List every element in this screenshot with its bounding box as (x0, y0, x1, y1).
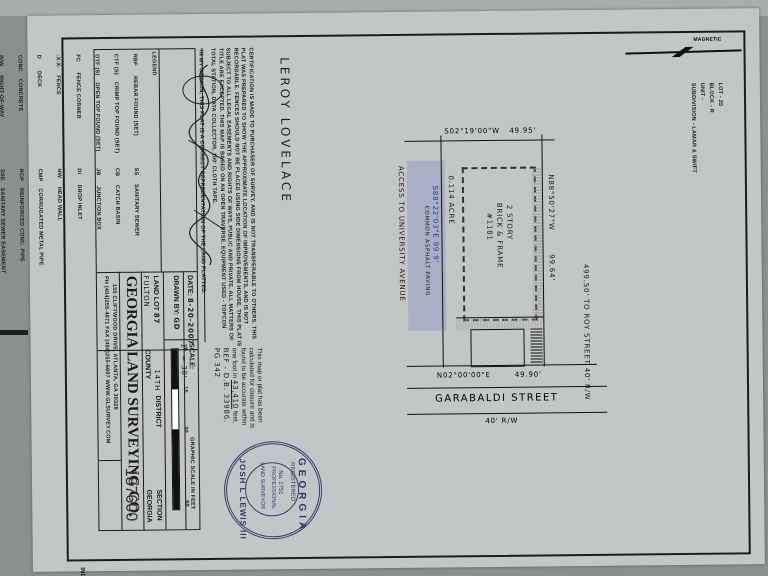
top-bearing: S02°19'00"W (444, 127, 500, 136)
legend-row: -X-X- FENCE (54, 54, 61, 153)
house-number: #1181 (485, 213, 493, 241)
left-bearing: S88°22'03"E 99.9' (431, 186, 440, 264)
roy-street-note: 499.50' TO ROY STREET 40' R/W (582, 264, 591, 401)
date-field: DATE: 8-20-2007 (186, 275, 195, 345)
legend-right-column: SS SANITARY SEWER CB CATCH BASIN JB JUNC… (0, 168, 153, 275)
drawn-by-field: DRAWN BY: GD (172, 275, 181, 330)
lot-number: LOT - 25 (715, 83, 725, 173)
land-lot-field: LAND LOT 87 (152, 275, 161, 324)
legend-row: OTF (S) OPEN TOP FOUND (SET) (93, 54, 100, 153)
subdivision: SUBDIVISION - LAMAR & SWIFT (688, 83, 698, 173)
surveyor-seal: GEORGIA REGISTERED No. 1751 PROFESSIONAL… (224, 441, 323, 540)
company-contact: PH (404)255-4671 FAX (404)255-6607 WWW.G… (103, 276, 111, 444)
street-row: 40' R/W (485, 417, 518, 425)
legend-row: R/W RIGHT-OF-WAY (0, 55, 4, 154)
closure-statement: This map or plat has been calculated for… (212, 347, 264, 436)
top-distance: 49.95' (509, 127, 536, 135)
district-value: 14TH (153, 369, 161, 391)
legend-row: CB CATCH BASIN (113, 168, 120, 272)
north-arrow-icon (623, 44, 743, 61)
county-label: COUNTY (144, 350, 151, 380)
table-edge (0, 330, 28, 335)
legend-row: JB JUNCTION BOX (94, 168, 101, 272)
county-value: FULTON (142, 276, 150, 308)
plat-border-frame: LEGEND RBF REBAR FOUND (SET) CTF (S) CRI… (61, 30, 750, 561)
house-construction: BRICK & FRAME (495, 203, 504, 268)
access-label: ACCESS TO UNIVERSITY AVENUE (397, 166, 406, 302)
lot-info: LOT - 25 BLOCK - R UNIT - SUBDIVISION - … (688, 83, 725, 173)
seal-number: No. 1751 (277, 470, 283, 494)
scale-field: SCALE: (188, 343, 195, 369)
street-name: GARABALDI STREET (435, 392, 558, 404)
legend-row: DI DROP INLET (75, 168, 82, 272)
index-mark: IND (79, 567, 85, 576)
legend-title: LEGEND (150, 51, 156, 75)
scale-tick-0: 0 (182, 346, 188, 349)
legend-row: RBF REBAR FOUND (SET) (131, 54, 138, 153)
seal-professional: PROFESSIONAL (270, 466, 276, 509)
seal-state: GEORGIA (296, 458, 308, 533)
plat-drawing: S02°19'00"W 49.95' N02°00'00"E 49.90' N8… (404, 124, 617, 376)
legend-row: D DECK (35, 55, 42, 154)
lot-area: 0.114 ACRE (447, 175, 456, 224)
state-value: GEORGIA (145, 490, 152, 523)
owner-name: LEROY LOVELACE (278, 57, 294, 204)
section-label: SECTION (155, 489, 162, 520)
legend-row: RCP REINFORCED CONC. PIPE (17, 169, 24, 273)
scale-tick-15: 15 (182, 386, 188, 393)
job-number: 187600 (121, 468, 140, 522)
legend-row: CTF (S) CRIMP TOP FOUND (SET) (112, 54, 119, 153)
company-address: 155 CLIFTWOOD DRIVE, ATLANTA, GA 30328 (111, 284, 118, 410)
surveyor-signature (178, 60, 240, 271)
graphic-scale-bar (171, 348, 181, 510)
block: BLOCK - R (706, 83, 716, 173)
legend-row: CMP CORRUGATED METAL PIPE (36, 169, 43, 273)
unit: UNIT - (697, 83, 707, 173)
district-label: DISTRICT (154, 395, 161, 427)
scale-tick-30: 30 (182, 426, 188, 433)
graphic-scale-label: GRAPHIC SCALE IN FEET (189, 437, 196, 509)
legend-row: SS SANITARY SEWER (132, 168, 139, 272)
title-block-grid (94, 49, 194, 50)
drive-label: COMMON ASPHALT PAVING (423, 206, 430, 297)
legend-row: SSE SANITARY SEWER EASEMENT (0, 169, 5, 273)
legend-row: FC FENCE CORNER (74, 54, 81, 153)
seal-registered: REGISTERED (289, 462, 295, 501)
seal-land-surveyor: LAND SURVEYOR (259, 462, 265, 509)
legend-row: CONC CONCRETE (16, 55, 23, 154)
seal-surveyor-name: JOSH L LEWIS III (238, 459, 248, 540)
right-bearing: N88°50'27"W (547, 174, 556, 230)
survey-plat-sheet: LEGEND RBF REBAR FOUND (SET) CTF (S) CRI… (27, 8, 765, 572)
right-distance: 99.64' (548, 254, 556, 281)
house-stories: 2 STORY (505, 205, 513, 240)
legend-left-column: RBF REBAR FOUND (SET) CTF (S) CRIMP TOP … (0, 54, 152, 156)
scale-tick-60: 60 (183, 500, 189, 507)
legend-row: HW HEAD WALL (56, 168, 63, 272)
magnetic-label: MAGNETIC (693, 37, 721, 43)
bottom-bearing: N02°00'00"E (437, 371, 491, 380)
bottom-distance: 49.90' (515, 370, 542, 378)
